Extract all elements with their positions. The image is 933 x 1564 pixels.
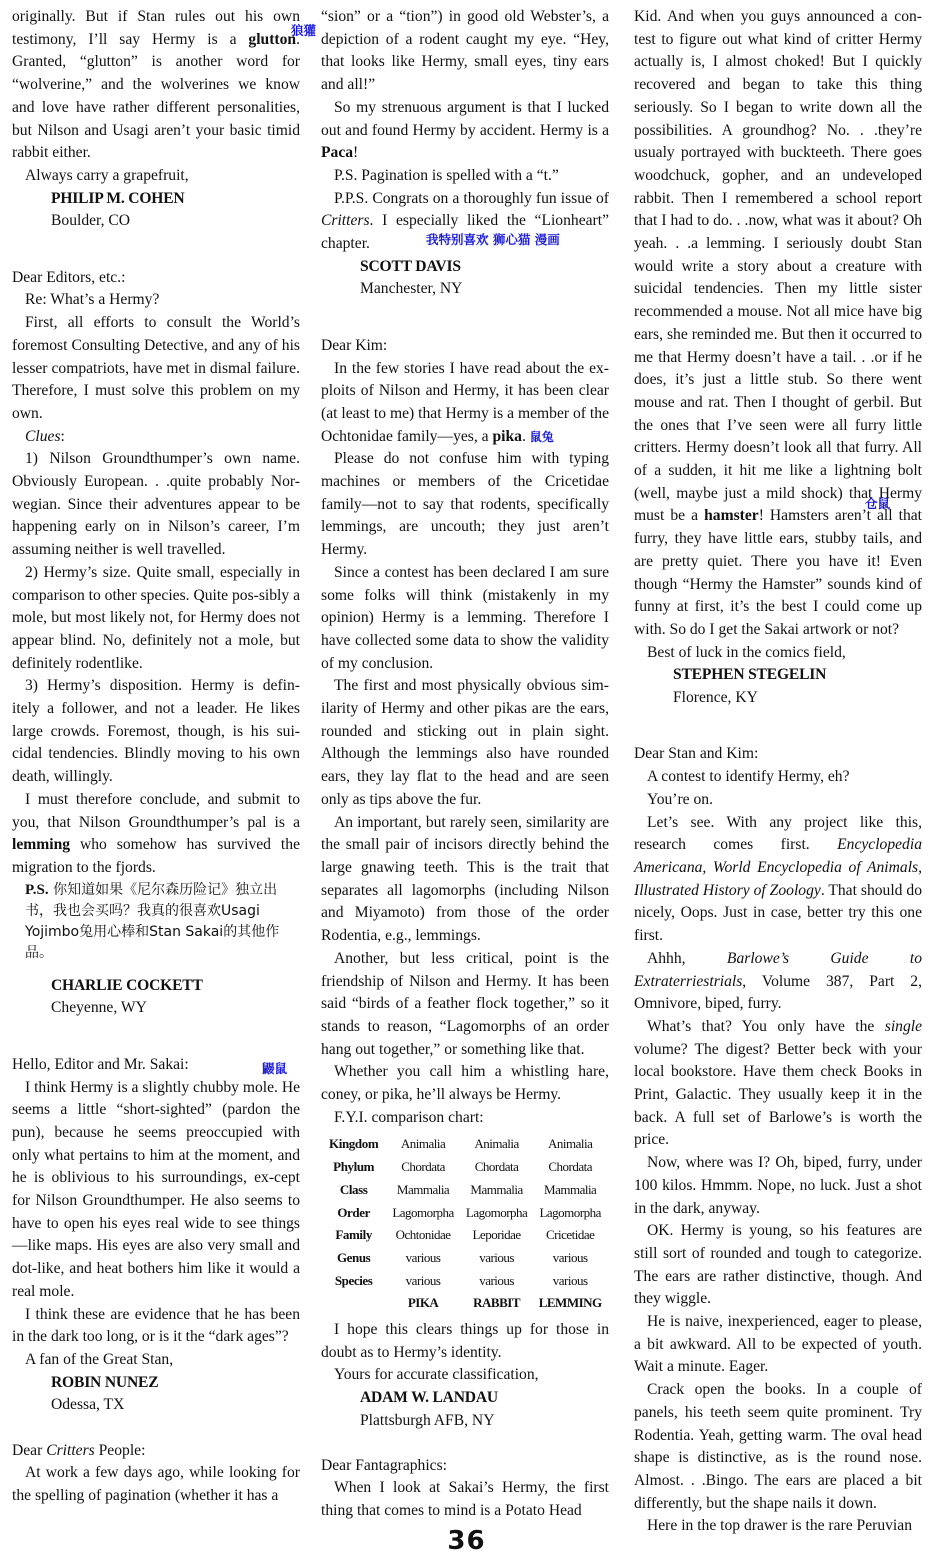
letter-cockett: Dear Editors, etc.: Re: What’s a Hermy? … (12, 267, 300, 1020)
signature-place: Florence, KY (634, 687, 922, 710)
column-right: Kid. And when you guys announced a con-t… (634, 6, 922, 1538)
chart-row: Genusvariousvariousvarious (323, 1247, 609, 1270)
letter-davis: “sion” or a “tion”) in good old Webster’… (321, 6, 609, 301)
chart-row: PhylumChordataChordataChordata (323, 1156, 609, 1179)
letter-paragraph: At work a few days ago, while looking fo… (12, 1462, 300, 1507)
keyword-lemming: lemming (12, 836, 70, 853)
signature-name: PHILIP M. COHEN (12, 188, 300, 211)
clue-item: 1) Nilson Groundthumper’s own name. Obvi… (12, 448, 300, 562)
annotation-mole: 鼹鼠 (262, 1063, 287, 1076)
signature-place: Plattsburgh AFB, NY (321, 1410, 609, 1433)
signature-place: Boulder, CO (12, 210, 300, 233)
chart-row: ClassMammaliaMammaliaMammalia (323, 1179, 609, 1202)
letter-paragraph: Since a contest has been declared I am s… (321, 562, 609, 676)
taxonomy-comparison-chart: KingdomAnimaliaAnimaliaAnimalia PhylumCh… (323, 1133, 609, 1315)
signature-name: STEPHEN STEGELIN (634, 664, 922, 687)
letter-paragraph: You’re on. (634, 789, 922, 812)
annotation-lionheart: 我特别喜欢 狮心猫 漫画 (426, 234, 560, 247)
letter-paragraph: Whether you call him a whistling hare, c… (321, 1061, 609, 1106)
letter-paragraph: Ahhh, Barlowe’s Guide to Extraterriestri… (634, 948, 922, 1016)
letter-paragraph: I think these are evidence that he has b… (12, 1304, 300, 1349)
letter-paragraph: When I look at Sakai’s Hermy, the first … (321, 1477, 609, 1522)
chart-column-names: PIKARABBITLEMMING (323, 1292, 609, 1315)
letter-paragraph: I think Hermy is a slightly chubby mole.… (12, 1077, 300, 1304)
letter-nunez: Hello, Editor and Mr. Sakai: I think Her… (12, 1054, 300, 1417)
letter-salutation: Dear Fantagraphics: (321, 1455, 609, 1478)
letter-paragraph: I hope this clears things up for those i… (321, 1319, 609, 1364)
page-number: 36 (0, 1526, 933, 1556)
letter-davis-start: Dear Critters People: At work a few days… (12, 1440, 300, 1508)
letter-landau: Dear Kim: In the few stories I have read… (321, 335, 609, 1433)
letter-cohen: originally. But if Stan rules out his ow… (12, 6, 300, 233)
chart-row: OrderLagomorphaLagomorphaLagomorpha (323, 1202, 609, 1225)
keyword-paca: Paca (321, 144, 353, 161)
letter-salutation: Dear Kim: (321, 335, 609, 358)
clue-item: 2) Hermy’s size. Quite small, especially… (12, 562, 300, 676)
signature-name: CHARLIE COCKETT (12, 975, 300, 998)
letter-paragraph: originally. But if Stan rules out his ow… (12, 6, 300, 165)
postscript-translated: P.S. 你知道如果《尼尔森历险记》独立出书，我也会买吗？我真的很喜欢Usagi… (12, 880, 300, 964)
keyword-glutton: glutton (248, 31, 296, 48)
letter-paragraph: In the few stories I have read about the… (321, 358, 609, 449)
column-left: originally. But if Stan rules out his ow… (12, 6, 300, 1508)
letter-salutation: Dear Critters People: (12, 1440, 300, 1463)
chart-intro: F.Y.I. comparison chart: (321, 1107, 609, 1130)
chart-row: FamilyOchtonidaeLeporidaeCricetidae (323, 1224, 609, 1247)
letter-paragraph: Let’s see. With any project like this, r… (634, 812, 922, 948)
signature-name: ADAM W. LANDAU (321, 1387, 609, 1410)
letter-paragraph: “sion” or a “tion”) in good old Webster’… (321, 6, 609, 97)
letter-paragraph: A contest to identify Hermy, eh? (634, 766, 922, 789)
annotation-glutton: 狼獾 (291, 25, 316, 38)
chart-row: KingdomAnimaliaAnimaliaAnimalia (323, 1133, 609, 1156)
letter-paragraph: He is naive, inexperienced, eager to ple… (634, 1311, 922, 1379)
letter-postscript: P.S. Pagination is spelled with a “t.” (321, 165, 609, 188)
keyword-hamster: hamster (704, 507, 759, 524)
letter-salutation: Dear Stan and Kim: (634, 743, 922, 766)
letter-stan-and-kim: Dear Stan and Kim: A contest to identify… (634, 743, 922, 1538)
letter-salutation: Dear Editors, etc.: (12, 267, 300, 290)
signature-name: SCOTT DAVIS (321, 256, 609, 279)
clue-item: 3) Hermy’s disposition. Hermy is defin-i… (12, 675, 300, 789)
signature-place: Manchester, NY (321, 278, 609, 301)
letter-paragraph: I must therefore conclude, and submit to… (12, 789, 300, 880)
letter-paragraph: OK. Hermy is young, so his features are … (634, 1220, 922, 1311)
letter-closing: Best of luck in the comics field, (634, 642, 922, 665)
letter-paragraph: Another, but less critical, point is the… (321, 948, 609, 1062)
letter-paragraph: Crack open the books. In a couple of pan… (634, 1379, 922, 1515)
letter-closing: Yours for accurate classification, (321, 1364, 609, 1387)
letter-stegelin: Kid. And when you guys announced a con-t… (634, 6, 922, 710)
signature-name: ROBIN NUNEZ (12, 1372, 300, 1395)
letter-paragraph: First, all efforts to consult the World’… (12, 312, 300, 426)
letter-paragraph: Kid. And when you guys announced a con-t… (634, 6, 922, 642)
signature-place: Odessa, TX (12, 1394, 300, 1417)
letter-re-line: Re: What’s a Hermy? (12, 289, 300, 312)
keyword-pika: pika (492, 428, 521, 445)
annotation-pika: 鼠兔 (530, 430, 554, 444)
letter-paragraph: An important, but rarely seen, similarit… (321, 812, 609, 948)
chart-row: Speciesvariousvariousvarious (323, 1270, 609, 1293)
letter-salutation: Hello, Editor and Mr. Sakai: (12, 1054, 300, 1077)
clues-label: Clues: (12, 426, 300, 449)
signature-place: Cheyenne, WY (12, 997, 300, 1020)
annotation-hamster: 仓鼠 (865, 498, 890, 511)
letter-paragraph: What’s that? You only have the single vo… (634, 1016, 922, 1152)
letter-paragraph: Now, where was I? Oh, biped, furry, unde… (634, 1152, 922, 1220)
letter-closing: Always carry a grapefruit, (12, 165, 300, 188)
letter-closing: A fan of the Great Stan, (12, 1349, 300, 1372)
letter-stegelin-start: Dear Fantagraphics: When I look at Sakai… (321, 1455, 609, 1523)
letter-paragraph: Please do not confuse him with typing ma… (321, 448, 609, 562)
letter-paragraph: The first and most physically obvious si… (321, 675, 609, 811)
letter-paragraph: So my strenuous argument is that I lucke… (321, 97, 609, 165)
